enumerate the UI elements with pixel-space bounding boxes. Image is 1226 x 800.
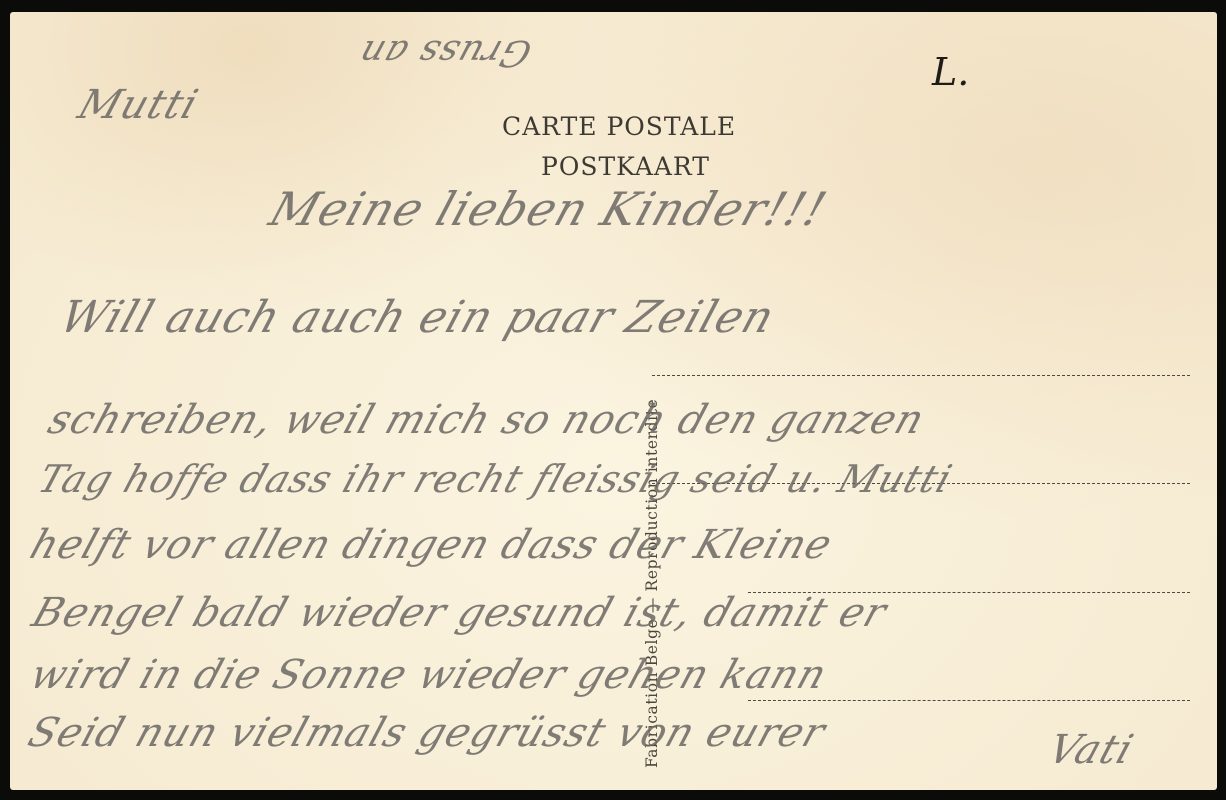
address-line-4 [748,700,1190,701]
handwriting-line-5: Bengel bald wieder gesund ist, damit er [27,590,893,636]
handwriting-greeting: Meine lieben Kinder!!! [263,182,833,236]
handwriting-line-4: helft vor allen dingen dass der Kleine [25,522,839,568]
handwriting-top-inverted: Gruss an [353,32,537,73]
handwriting-line-2: schreiben, weil mich so noch den ganzen [43,397,931,443]
printed-heading-french: CARTE POSTALE [502,112,736,141]
corner-mark: L. [932,50,969,94]
printed-heading-dutch: POSTKAART [541,152,710,181]
postcard-back: CARTE POSTALE POSTKAART Fabrication Belg… [10,12,1217,790]
handwriting-line-3: Tag hoffe dass ihr recht fleissig seid u… [33,457,958,501]
handwriting-line-6: wird in die Sonne wieder gehen kann [25,652,833,698]
handwriting-signature: Vati [1043,727,1140,773]
address-line-1 [652,375,1190,376]
handwriting-line-1: Will auch auch ein paar Zeilen [54,292,782,343]
handwriting-top-left: Mutti [73,82,205,128]
handwriting-line-7: Seid nun vielmals gegrüsst von eurer [23,710,832,756]
